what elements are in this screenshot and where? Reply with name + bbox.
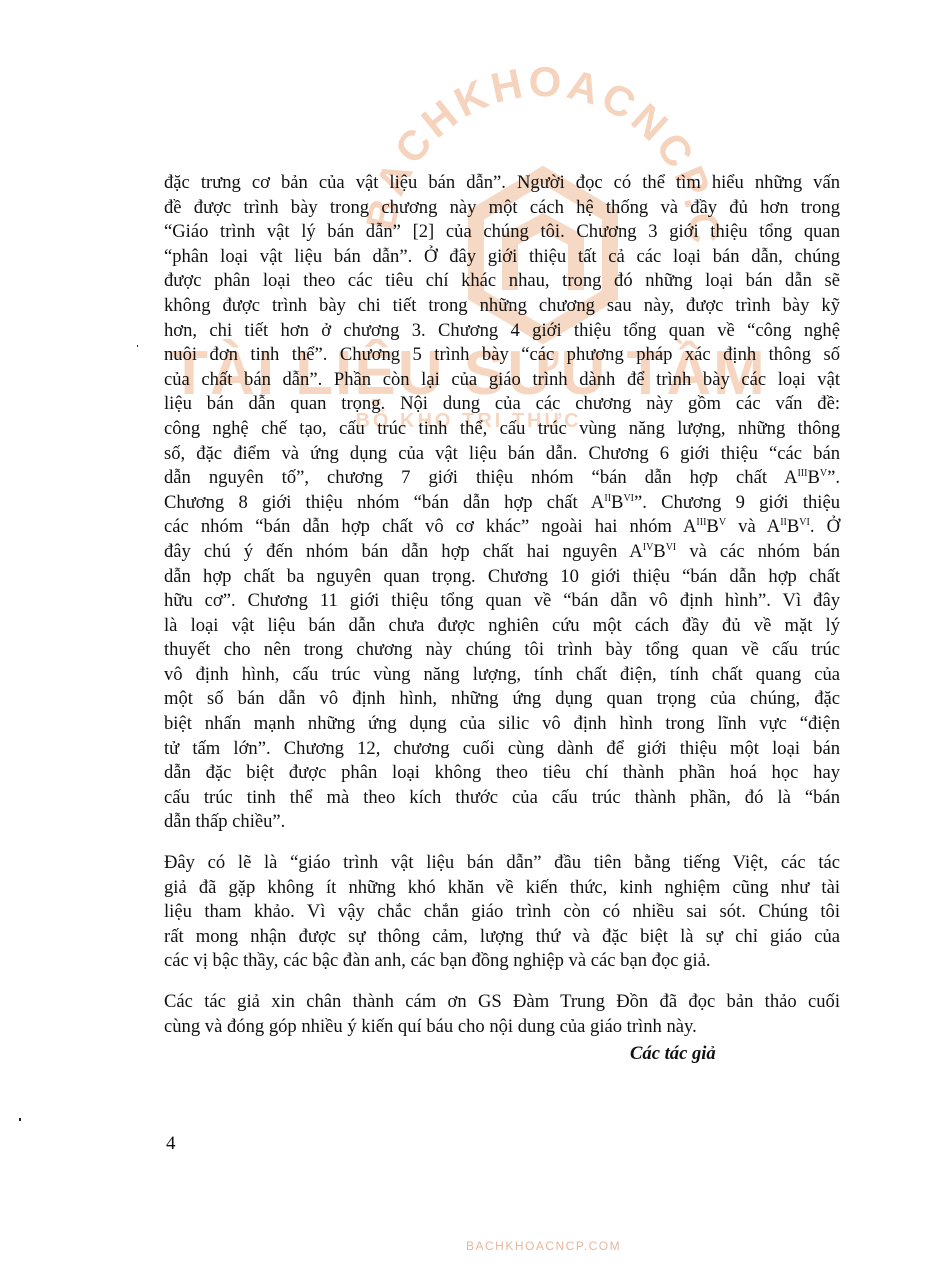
- text-line: dẫn nguyên tố”, chương 7 giới thiệu nhóm…: [164, 466, 840, 491]
- scan-speck: [19, 1118, 21, 1121]
- text-line: đây chú ý đến nhóm bán dẫn hợp chất hai …: [164, 540, 840, 565]
- paragraph-acknowledgement: Các tác giả xin chân thành cám ơn GS Đàm…: [164, 990, 840, 1039]
- text-line: hơn, chi tiết hơn ở chương 3. Chương 4 g…: [164, 319, 840, 344]
- text-line: tử tấm lớn”. Chương 12, chương cuối cùng…: [164, 737, 840, 762]
- text-line: rất mong nhận được sự thông cảm, lượng t…: [164, 925, 840, 950]
- text-line: Đây có lẽ là “giáo trình vật liệu bán dẫ…: [164, 851, 840, 876]
- text-line: được phân loại theo các tiêu chí khác nh…: [164, 269, 840, 294]
- text-line: không được trình bày chi tiết trong nhữn…: [164, 294, 840, 319]
- text-line: công nghệ chế tạo, cấu trúc tinh thể, cấ…: [164, 417, 840, 442]
- document-body: đặc trưng cơ bản của vật liệu bán dẫn”. …: [164, 171, 840, 1039]
- signature: Các tác giả: [630, 1043, 716, 1065]
- text-line: là loại vật liệu bán dẫn chưa được nghiê…: [164, 614, 840, 639]
- text-line: đề được trình bày trong chương này một c…: [164, 196, 840, 221]
- text-line: một số bán dẫn vô định hình, những ứng d…: [164, 687, 840, 712]
- page-number: 4: [166, 1133, 176, 1155]
- paragraph-chapters-overview: đặc trưng cơ bản của vật liệu bán dẫn”. …: [164, 171, 840, 835]
- text-line: liệu bán dẫn quan trọng. Nội dung của cá…: [164, 392, 840, 417]
- text-line: cấu trúc tinh thể mà theo kích thước của…: [164, 786, 840, 811]
- text-line: biệt nhấn mạnh những ứng dụng của silic …: [164, 712, 840, 737]
- text-line: vô định hình, cấu trúc vùng năng lượng, …: [164, 663, 840, 688]
- text-line: các vị bậc thầy, các bậc đàn anh, các bạ…: [164, 949, 840, 974]
- text-line: các nhóm “bán dẫn hợp chất vô cơ khác” n…: [164, 515, 840, 540]
- text-line: “phân loại vật liệu bán dẫn”. Ở đây giới…: [164, 245, 840, 270]
- text-line: của chất bán dẫn”. Phần còn lại của giáo…: [164, 368, 840, 393]
- text-line: liệu tham khảo. Vì vậy chắc chắn giáo tr…: [164, 900, 840, 925]
- text-line: Chương 8 giới thiệu nhóm “bán dẫn hợp ch…: [164, 491, 840, 516]
- footer-watermark: BACHKHOACNCP.COM: [466, 1239, 621, 1253]
- text-line: nuôi đơn tinh thể”. Chương 5 trình bày “…: [164, 343, 840, 368]
- text-line: dẫn thấp chiều”.: [164, 810, 840, 835]
- paragraph-apology: Đây có lẽ là “giáo trình vật liệu bán dẫ…: [164, 851, 840, 974]
- text-line: Các tác giả xin chân thành cám ơn GS Đàm…: [164, 990, 840, 1015]
- text-line: giả đã gặp không ít những khó khăn về ki…: [164, 876, 840, 901]
- text-line: dẫn đặc biệt được phân loại không theo t…: [164, 761, 840, 786]
- text-line: hữu cơ”. Chương 11 giới thiệu tổng quan …: [164, 589, 840, 614]
- text-line: số, đặc điểm và ứng dụng của vật liệu bá…: [164, 442, 840, 467]
- text-line: “Giáo trình vật lý bán dẫn” [2] của chún…: [164, 220, 840, 245]
- text-line: thuyết cho nên trong chương này chúng tô…: [164, 638, 840, 663]
- text-line: cùng và đóng góp nhiều ý kiến quí báu ch…: [164, 1015, 840, 1040]
- text-line: đặc trưng cơ bản của vật liệu bán dẫn”. …: [164, 171, 840, 196]
- scan-speck: [137, 345, 138, 347]
- text-line: dẫn hợp chất ba nguyên quan trọng. Chươn…: [164, 565, 840, 590]
